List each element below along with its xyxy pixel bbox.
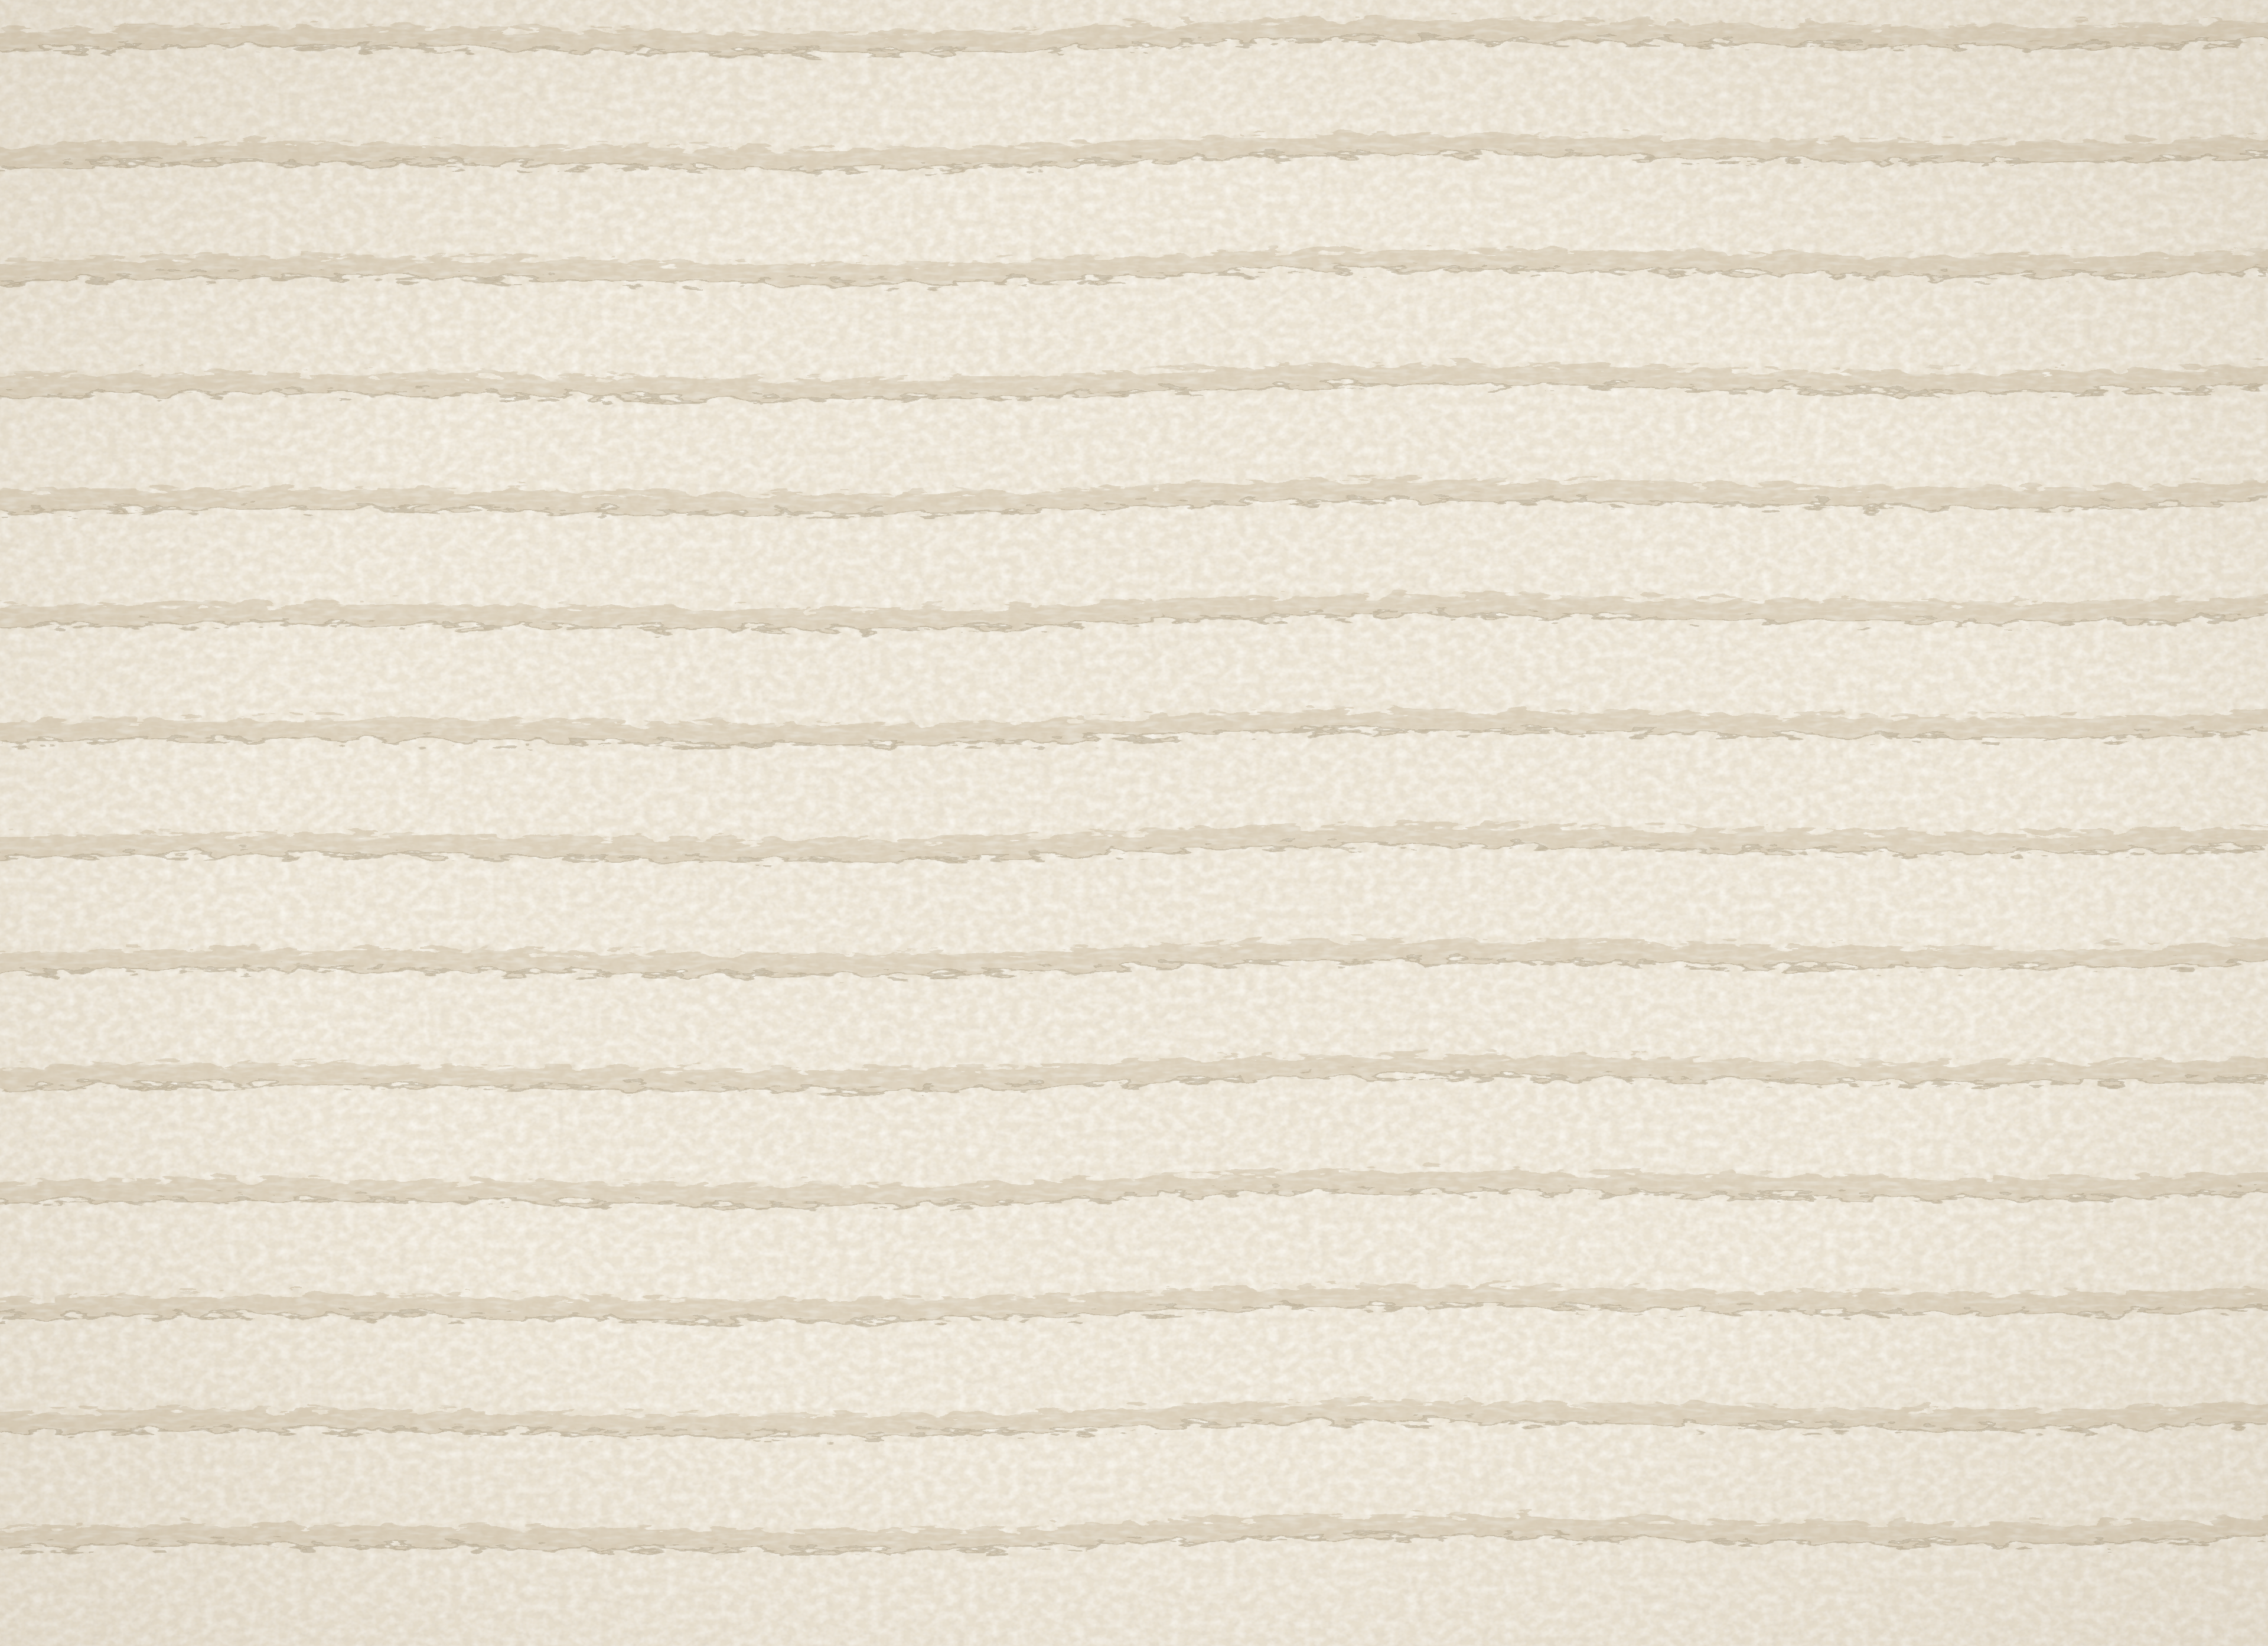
carpet-texture-photo — [0, 0, 2268, 1646]
carpet-ridge-rows — [0, 0, 2268, 1646]
